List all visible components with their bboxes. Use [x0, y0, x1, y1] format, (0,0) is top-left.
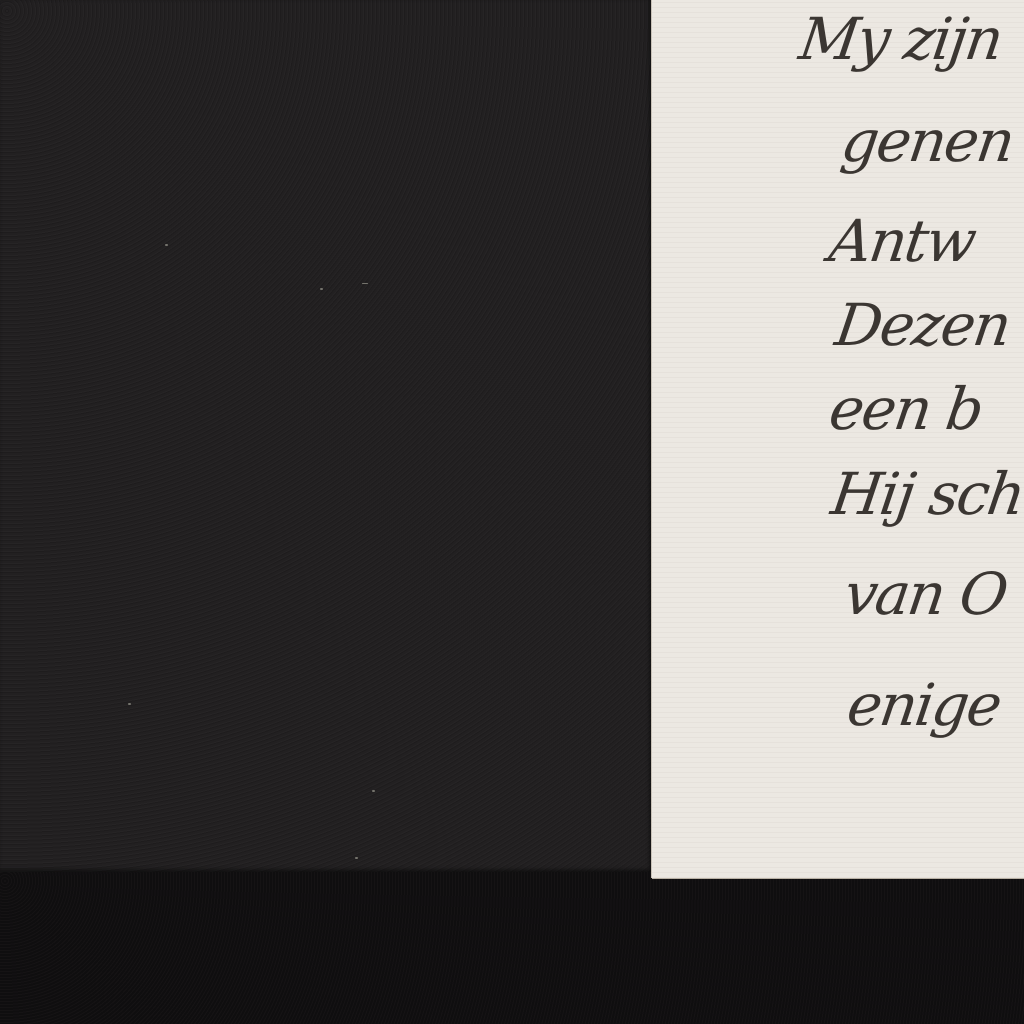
handwritten-line: My zijn — [796, 10, 1005, 68]
handwritten-line: van O — [841, 565, 1010, 623]
dust-speck — [320, 288, 323, 290]
dust-speck — [362, 283, 368, 284]
black-mount-board — [0, 0, 652, 872]
dust-speck — [355, 857, 358, 859]
dust-speck — [128, 703, 131, 705]
lower-black-band — [0, 872, 1024, 1024]
handwritten-line: genen — [838, 112, 1017, 170]
dust-speck — [165, 244, 168, 246]
handwritten-line: enige — [844, 676, 1004, 734]
handwritten-line: Hij sch — [828, 465, 1024, 523]
handwritten-line: een b — [826, 380, 986, 438]
handwritten-line: Antw — [826, 212, 978, 270]
dust-speck — [372, 790, 375, 792]
handwritten-line: Dezen — [832, 296, 1013, 354]
